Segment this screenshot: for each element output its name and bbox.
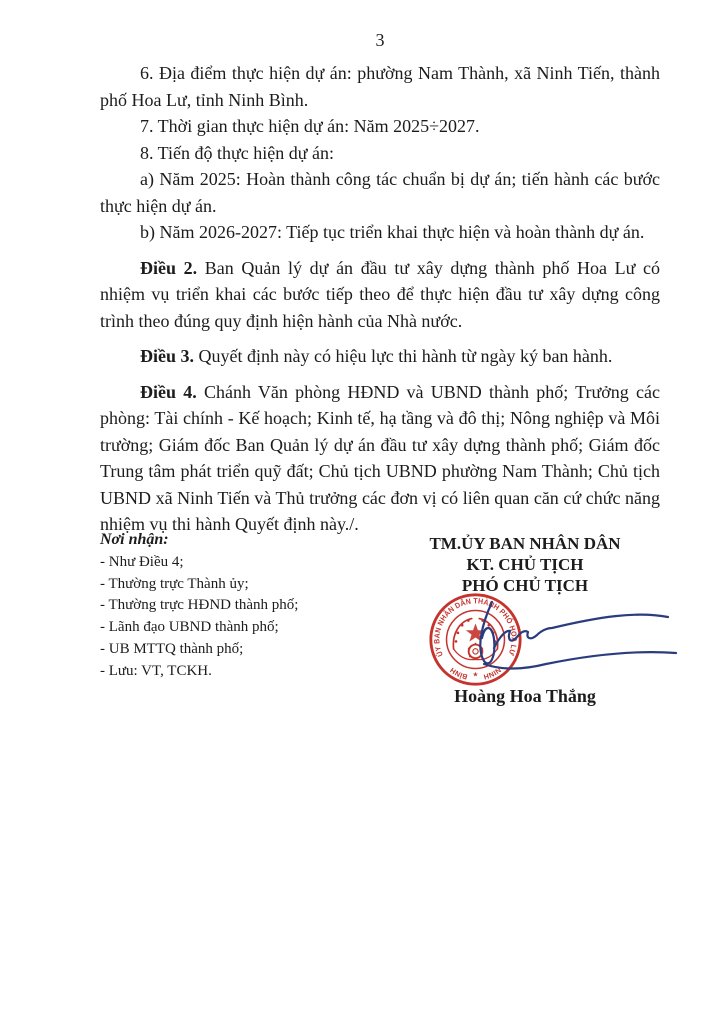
svg-text:NINH BÌNH: NINH BÌNH	[449, 666, 502, 682]
paragraph-item-b: b) Năm 2026-2027: Tiếp tục triển khai th…	[100, 219, 660, 246]
paragraph-dieu-2: Điều 2. Ban Quản lý dự án đầu tư xây dựn…	[100, 255, 660, 335]
paragraph-item-8: 8. Tiến độ thực hiện dự án:	[100, 140, 660, 167]
recipient-line: - UB MTTQ thành phố;	[100, 639, 370, 661]
recipient-line: - Như Điều 4;	[100, 552, 370, 574]
recipients-block: Nơi nhận: - Như Điều 4; - Thường trực Th…	[100, 531, 370, 682]
svg-text:ỦY BAN NHÂN DÂN THÀNH PHỐ HOA: ỦY BAN NHÂN DÂN THÀNH PHỐ HOA LƯ	[432, 596, 518, 658]
article-label: Điều 4.	[140, 382, 197, 402]
recipient-line: - Thường trực HĐND thành phố;	[100, 595, 370, 617]
signature-block-heading: TM.ỦY BAN NHÂN DÂN KT. CHỦ TỊCH PHÓ CHỦ …	[400, 533, 650, 596]
page-number: 3	[100, 30, 660, 51]
recipient-line: - Thường trực Thành ủy;	[100, 574, 370, 596]
paragraph-item-a: a) Năm 2025: Hoàn thành công tác chuẩn b…	[100, 166, 660, 219]
recipient-line: - Lưu: VT, TCKH.	[100, 661, 370, 683]
signer-name: Hoàng Hoa Thắng	[400, 686, 650, 707]
paragraph-text: Quyết định này có hiệu lực thi hành từ n…	[194, 346, 612, 366]
paragraph-item-6: 6. Địa điểm thực hiện dự án: phường Nam …	[100, 60, 660, 113]
document-page: 3 6. Địa điểm thực hiện dự án: phường Na…	[0, 0, 720, 1018]
official-stamp-icon: ỦY BAN NHÂN DÂN THÀNH PHỐ HOA LƯ NINH BÌ…	[428, 592, 523, 687]
paragraph-text: Chánh Văn phòng HĐND và UBND thành phố; …	[100, 382, 660, 535]
signature-ink-icon	[430, 588, 680, 693]
national-emblem-icon	[453, 619, 497, 660]
paragraph-dieu-3: Điều 3. Quyết định này có hiệu lực thi h…	[100, 343, 660, 370]
document-body: 6. Địa điểm thực hiện dự án: phường Nam …	[100, 60, 660, 538]
paragraph-item-7: 7. Thời gian thực hiện dự án: Năm 2025÷2…	[100, 113, 660, 140]
stamp-province-text: NINH BÌNH	[449, 666, 502, 682]
paragraph-text: a) Năm 2025: Hoàn thành công tác chuẩn b…	[100, 169, 660, 216]
article-label: Điều 3.	[140, 346, 194, 366]
paragraph-text: b) Năm 2026-2027: Tiếp tục triển khai th…	[140, 222, 644, 242]
article-label: Điều 2.	[140, 258, 197, 278]
paragraph-dieu-4: Điều 4. Chánh Văn phòng HĐND và UBND thà…	[100, 379, 660, 538]
paragraph-text: 8. Tiến độ thực hiện dự án:	[140, 143, 334, 163]
signing-capacity: KT. CHỦ TỊCH	[400, 554, 650, 575]
signer-position: PHÓ CHỦ TỊCH	[400, 575, 650, 596]
star-icon: ★	[473, 671, 479, 679]
recipient-line: - Lãnh đạo UBND thành phố;	[100, 617, 370, 639]
paragraph-text: 6. Địa điểm thực hiện dự án: phường Nam …	[100, 63, 660, 110]
stamp-ring-text: ỦY BAN NHÂN DÂN THÀNH PHỐ HOA LƯ	[432, 596, 518, 658]
paragraph-text: 7. Thời gian thực hiện dự án: Năm 2025÷2…	[140, 116, 480, 136]
